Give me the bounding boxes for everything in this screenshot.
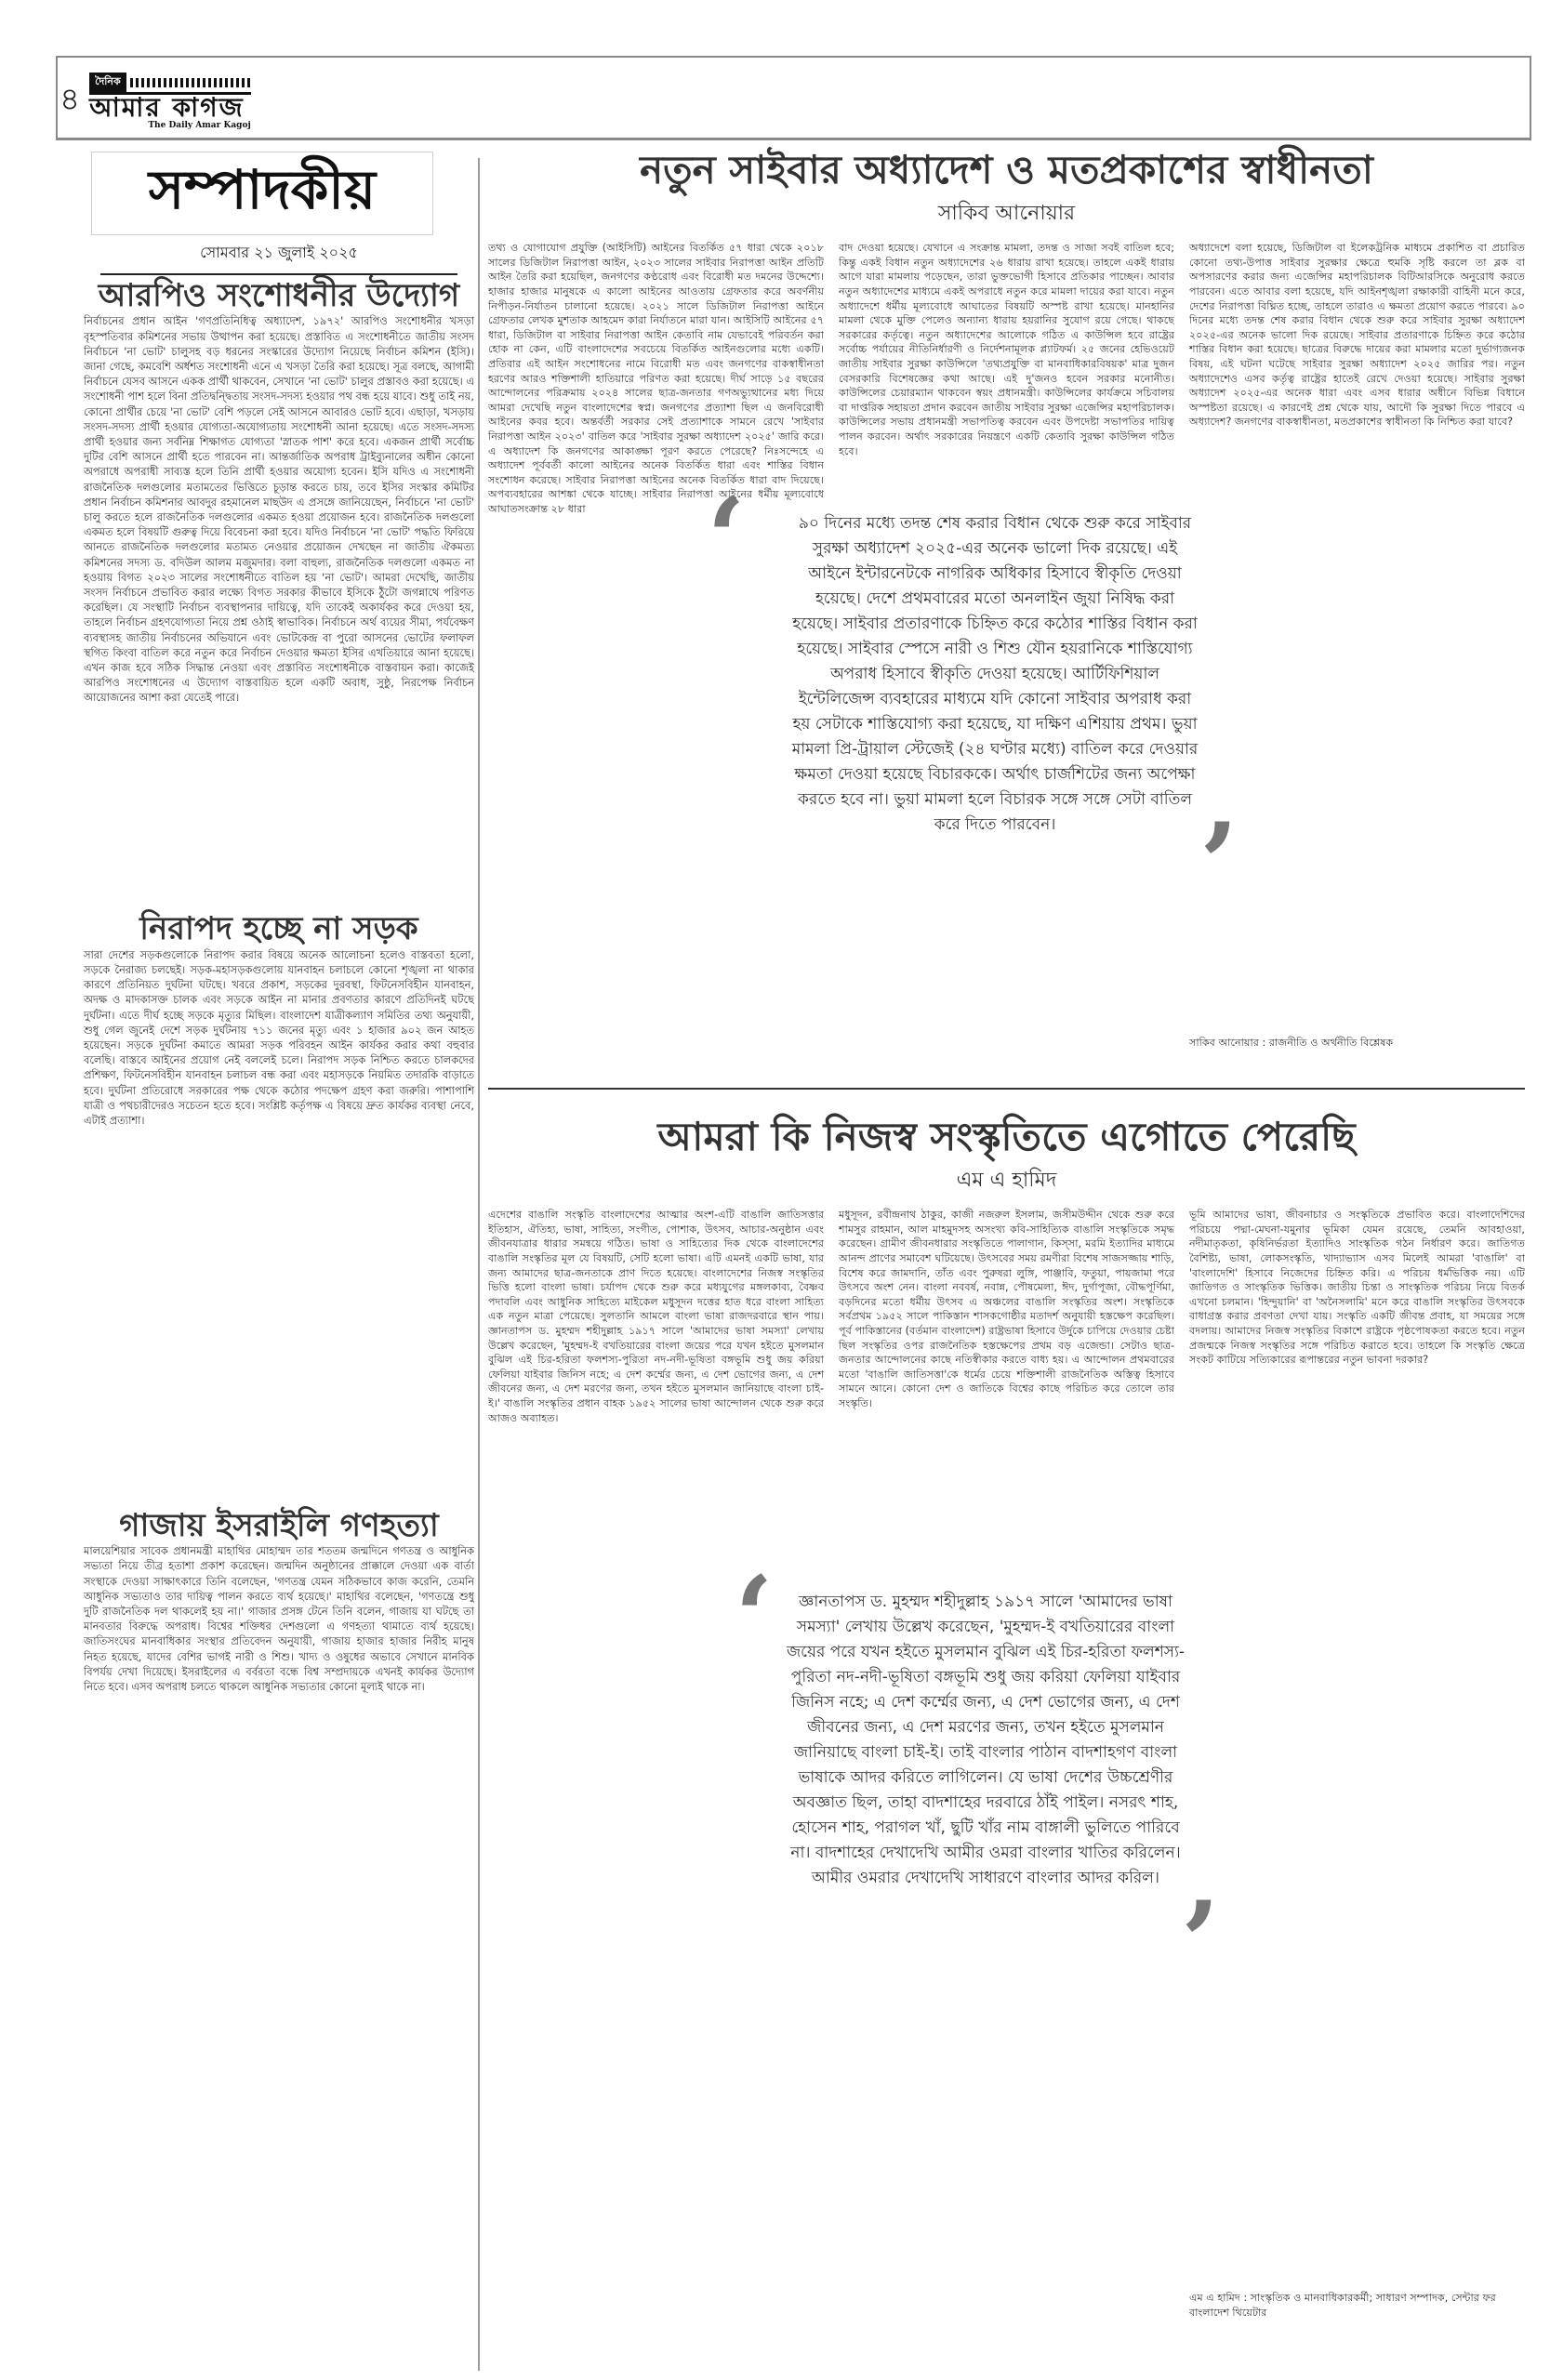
editorial-title-box: সম্পাদকীয় — [91, 152, 433, 235]
article-title[interactable]: আমরা কি নিজস্ব সংস্কৃতিতে এগোতে পেরেছি — [488, 1116, 1525, 1158]
editorial-body-gaza: মালয়েশিয়ার সাবেক প্রধানমন্ত্রী মাহাথির… — [84, 1543, 474, 2306]
quote-open-icon: ‘ — [707, 483, 746, 595]
pullquote-cyber: ৯০ দিনের মধ্যে তদন্ত শেষ করার বিধান থেকে… — [781, 502, 1209, 818]
editorial-heading-road: নিরাপদ হচ্ছে না সড়ক — [84, 912, 474, 946]
article-author: সাকিব আনোয়ার — [488, 197, 1525, 231]
editorial-body-road: সারা দেশের সড়কগুলোকে নিরাপদ করার বিষয়ে… — [84, 947, 474, 1505]
article-author: এম এ হামিদ — [488, 1164, 1525, 1198]
skyline-icon — [130, 78, 251, 87]
article-divider — [488, 1088, 1525, 1090]
quote-open-icon: ‘ — [735, 1562, 774, 1673]
author-bio: সাকিব আনোয়ার : রাজনীতি ও অর্থনীতি বিশ্ল… — [1189, 1036, 1525, 1051]
article-column-3-wrap: ভূমি আমাদের ভাষা, জীবনাচার ও সংস্কৃতিকে … — [1189, 1208, 1525, 2360]
masthead: ৪ দৈনিক আমার কাগজ The Daily Amar Kagoj — [60, 73, 251, 130]
editorial-column: সম্পাদকীয় সোমবার ২১ জুলাই ২০২৫ আরপিও সং… — [84, 149, 474, 2371]
page-frame — [56, 56, 1531, 139]
page-number: ৪ — [60, 75, 80, 128]
pullquote-culture: জ্ঞানতাপস ড. মুহম্মদ শহীদুল্লাহ ১৯১৭ সাল… — [772, 1580, 1199, 1887]
top-divider — [56, 138, 1531, 140]
quote-close-icon: ’ — [1199, 809, 1239, 920]
editorial-body-rpo: নির্বাচনের প্রধান আইন 'গণপ্রতিনিধিত্ব অধ… — [84, 313, 474, 908]
quote-close-icon: ’ — [1181, 1887, 1220, 1999]
article-column-3: ভূমি আমাদের ভাষা, জীবনাচার ও সংস্কৃতিকে … — [1189, 1208, 1525, 2291]
logo-english: The Daily Amar Kagoj — [89, 121, 251, 130]
author-bio: এম এ হামিদ : সাংস্কৃতিক ও মানবাধিকারকর্ম… — [1189, 2291, 1525, 2320]
article-column-1: তথ্য ও যোগাযোগ প্রযুক্তি (আইসিটি) আইনের … — [488, 241, 824, 1078]
editorial-heading-gaza: গাজায় ইসরাইলি গণহত্যা — [84, 1509, 474, 1543]
editorial-date: সোমবার ২১ জুলাই ২০২৫ — [84, 241, 474, 266]
column-divider — [478, 158, 480, 2371]
logo-title: আমার কাগজ — [89, 92, 251, 121]
pullquote-text: জ্ঞানতাপস ড. মুহম্মদ শহীদুল্লাহ ১৯১৭ সাল… — [787, 1593, 1185, 1887]
editorial-heading-rpo: আরপিও সংশোধনীর উদ্যোগ — [84, 279, 474, 313]
article-column-3-wrap: অধ্যাদেশে বলা হয়েছে, ডিজিটাল বা ইলেকট্র… — [1189, 241, 1525, 1078]
article-column-3: অধ্যাদেশে বলা হয়েছে, ডিজিটাল বা ইলেকট্র… — [1189, 241, 1525, 1036]
logo-dainik: দৈনিক — [89, 73, 126, 92]
newspaper-logo[interactable]: দৈনিক আমার কাগজ The Daily Amar Kagoj — [89, 73, 251, 130]
editorial-divider — [100, 273, 457, 275]
editorial-section-title: সম্পাদকীয় — [149, 149, 376, 239]
article-title[interactable]: নতুন সাইবার অধ্যাদেশ ও মতপ্রকাশের স্বাধী… — [488, 149, 1525, 192]
pullquote-text: ৯০ দিনের মধ্যে তদন্ত শেষ করার বিধান থেকে… — [792, 514, 1199, 834]
